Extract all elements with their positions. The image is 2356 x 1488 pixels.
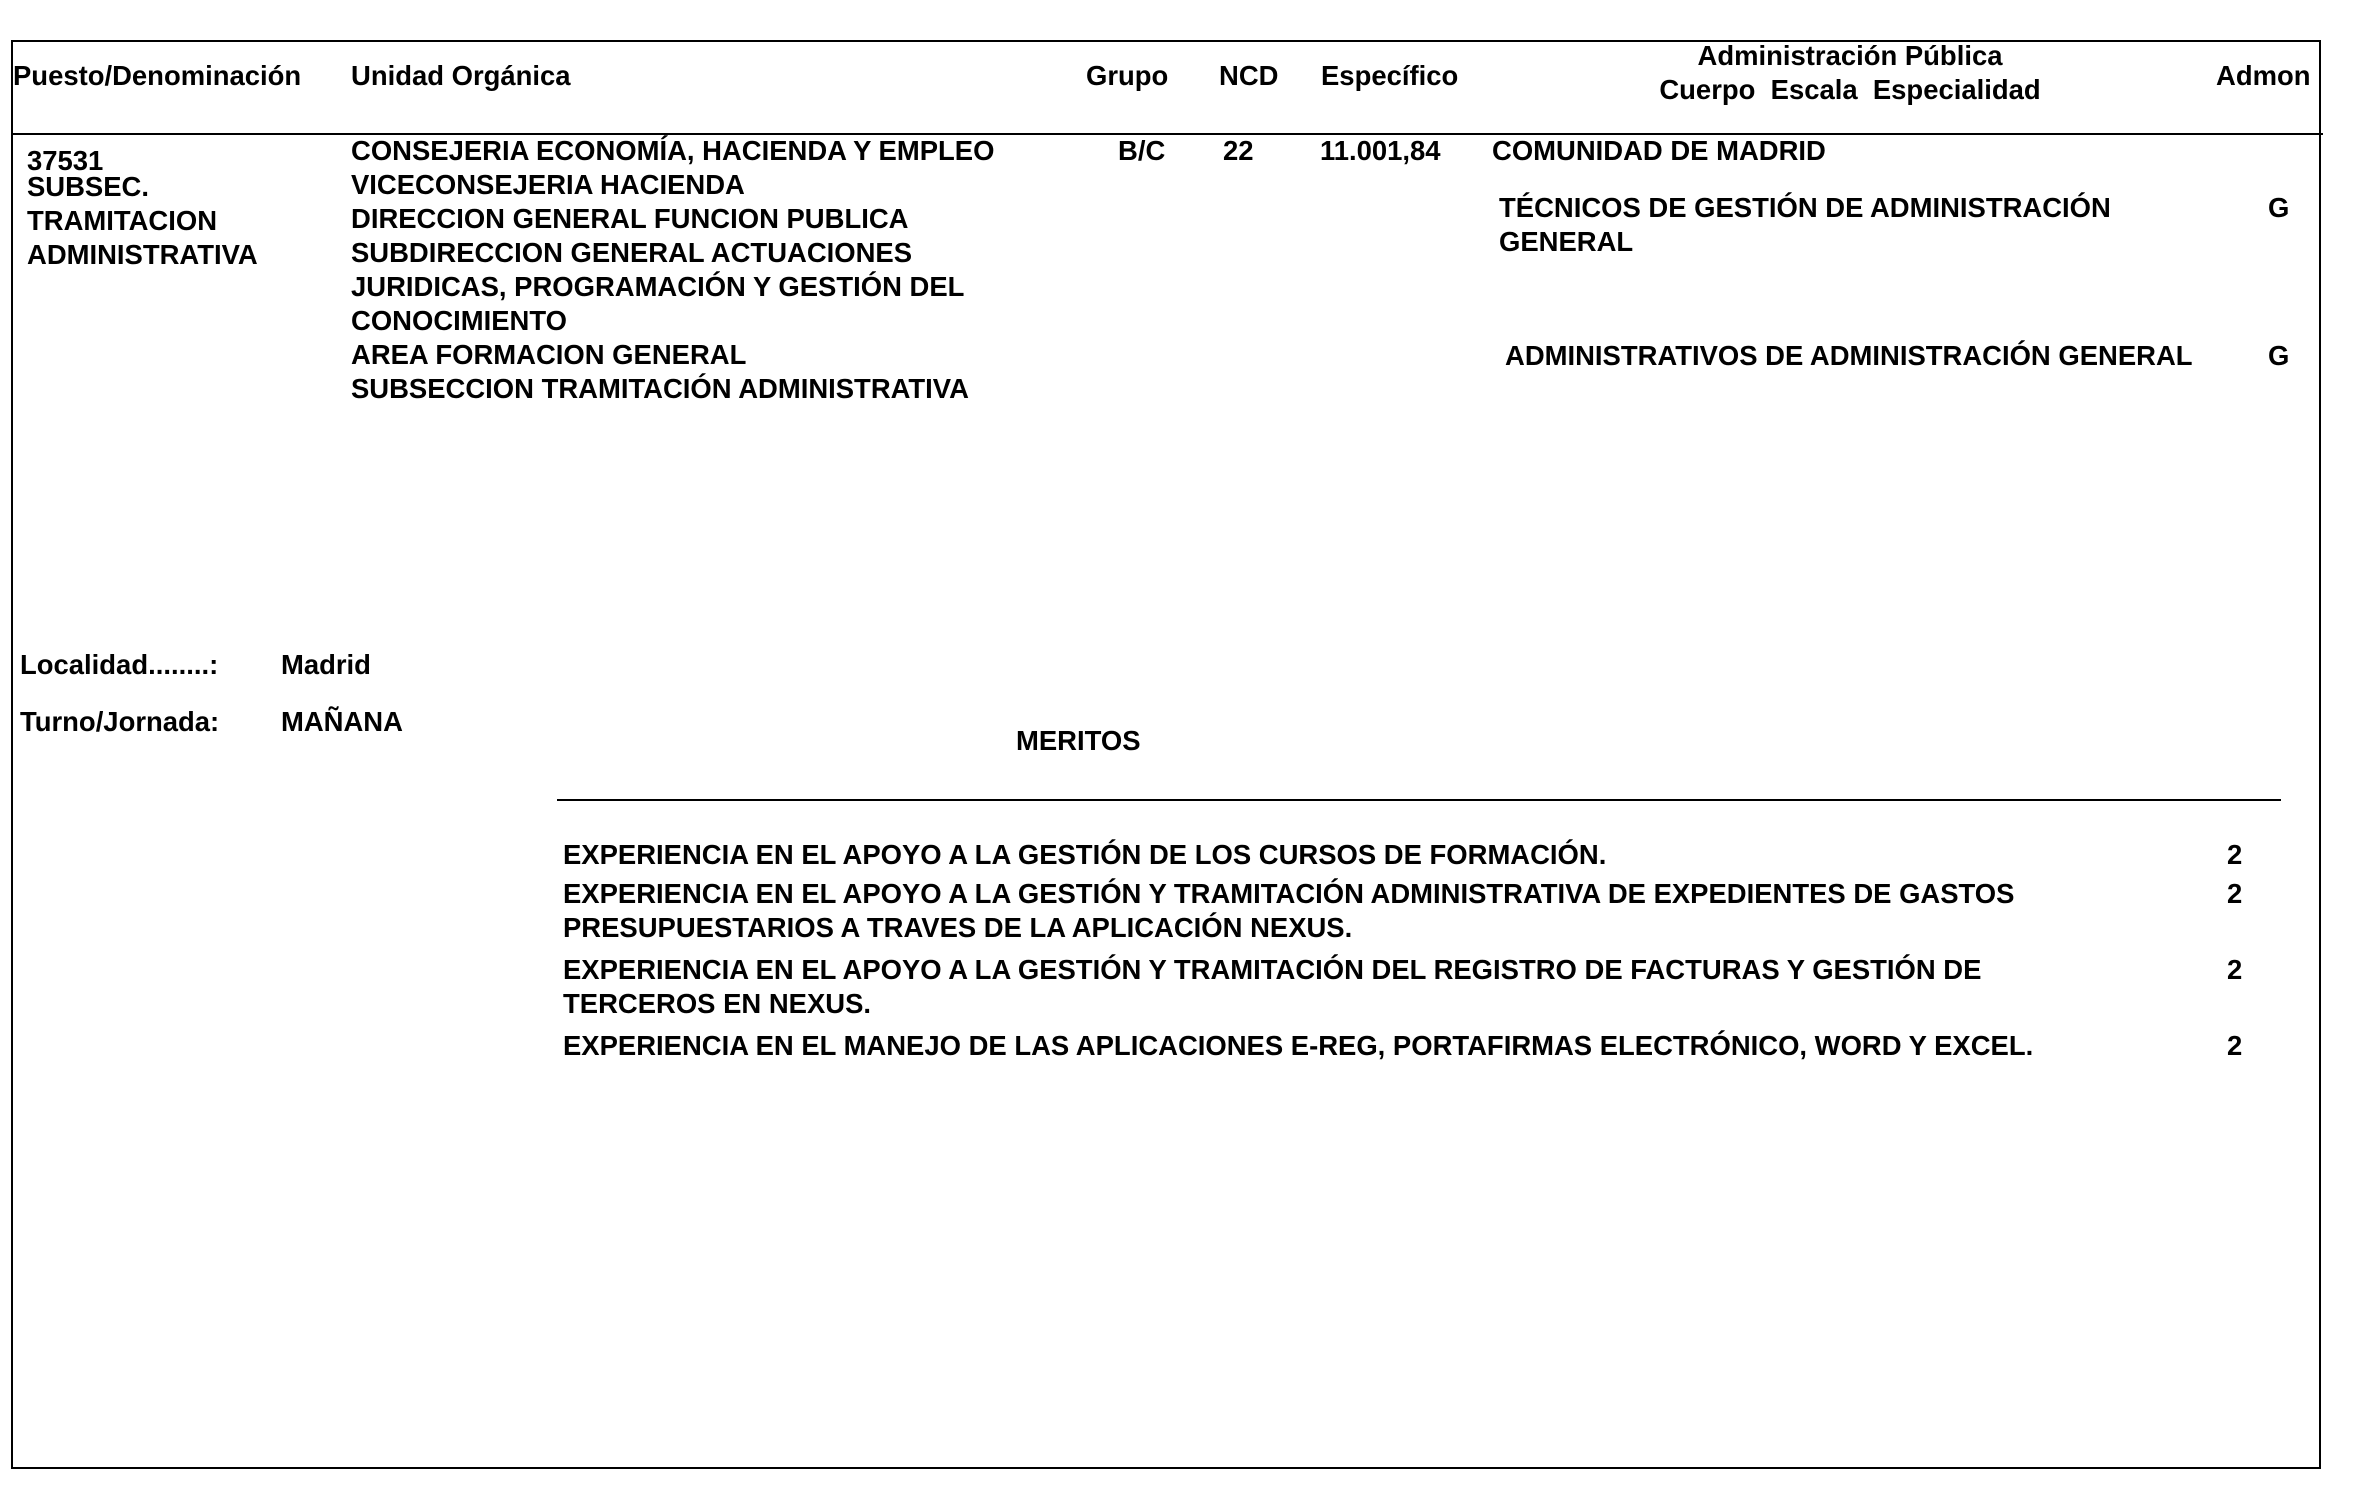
denominacion-line: ADMINISTRATIVA (27, 238, 258, 272)
localidad-label: Localidad........: (20, 648, 218, 682)
unidad-line: AREA FORMACION GENERAL (351, 338, 994, 372)
unidad-line: CONOCIMIENTO (351, 304, 994, 338)
merit-text: EXPERIENCIA EN EL APOYO A LA GESTIÓN Y T… (563, 877, 2092, 945)
merit-text: EXPERIENCIA EN EL APOYO A LA GESTIÓN Y T… (563, 953, 2092, 1021)
denominacion-line: SUBSEC. (27, 170, 258, 204)
turno-label: Turno/Jornada: (20, 705, 219, 739)
header-adm-publica-line1: Administración Pública (1605, 39, 2095, 73)
cuerpo-2-admon: G (2268, 339, 2289, 373)
header-especifico: Específico (1321, 59, 1458, 93)
merit-score: 2 (2227, 953, 2242, 987)
unidad-line: SUBDIRECCION GENERAL ACTUACIONES (351, 236, 994, 270)
meritos-divider (557, 799, 2281, 801)
cuerpo-1: TÉCNICOS DE GESTIÓN DE ADMINISTRACIÓN GE… (1499, 191, 2111, 259)
header-grupo: Grupo (1086, 59, 1168, 93)
cuerpo-line: TÉCNICOS DE GESTIÓN DE ADMINISTRACIÓN (1499, 191, 2111, 225)
unidad-line: SUBSECCION TRAMITACIÓN ADMINISTRATIVA (351, 372, 994, 406)
header-ncd: NCD (1219, 59, 1278, 93)
ncd-value: 22 (1223, 134, 1254, 168)
grupo-value: B/C (1118, 134, 1165, 168)
cuerpo-line: GENERAL (1499, 225, 2111, 259)
merit-score: 2 (2227, 877, 2242, 911)
header-admon: Admon (2216, 59, 2311, 93)
merit-text: EXPERIENCIA EN EL APOYO A LA GESTIÓN DE … (563, 838, 2092, 872)
puesto-denominacion: SUBSEC. TRAMITACION ADMINISTRATIVA (27, 170, 258, 272)
meritos-title: MERITOS (1016, 724, 1141, 758)
unidad-line: CONSEJERIA ECONOMÍA, HACIENDA Y EMPLEO (351, 134, 994, 168)
merit-text: EXPERIENCIA EN EL MANEJO DE LAS APLICACI… (563, 1029, 2092, 1063)
cuerpo-2: ADMINISTRATIVOS DE ADMINISTRACIÓN GENERA… (1505, 339, 2193, 373)
unidad-line: DIRECCION GENERAL FUNCION PUBLICA (351, 202, 994, 236)
administracion-publica-value: COMUNIDAD DE MADRID (1492, 134, 1826, 168)
unidad-organica: CONSEJERIA ECONOMÍA, HACIENDA Y EMPLEO V… (351, 134, 994, 406)
denominacion-line: TRAMITACION (27, 204, 258, 238)
header-puesto: Puesto/Denominación (13, 59, 301, 93)
localidad-value: Madrid (281, 648, 371, 682)
unidad-line: JURIDICAS, PROGRAMACIÓN Y GESTIÓN DEL (351, 270, 994, 304)
especifico-value: 11.001,84 (1320, 134, 1441, 168)
header-unidad: Unidad Orgánica (351, 59, 571, 93)
turno-value: MAÑANA (281, 705, 403, 739)
cuerpo-1-admon: G (2268, 191, 2289, 225)
merit-score: 2 (2227, 1029, 2242, 1063)
header-adm-publica-line2: Cuerpo Escala Especialidad (1605, 73, 2095, 107)
merit-score: 2 (2227, 838, 2242, 872)
unidad-line: VICECONSEJERIA HACIENDA (351, 168, 994, 202)
